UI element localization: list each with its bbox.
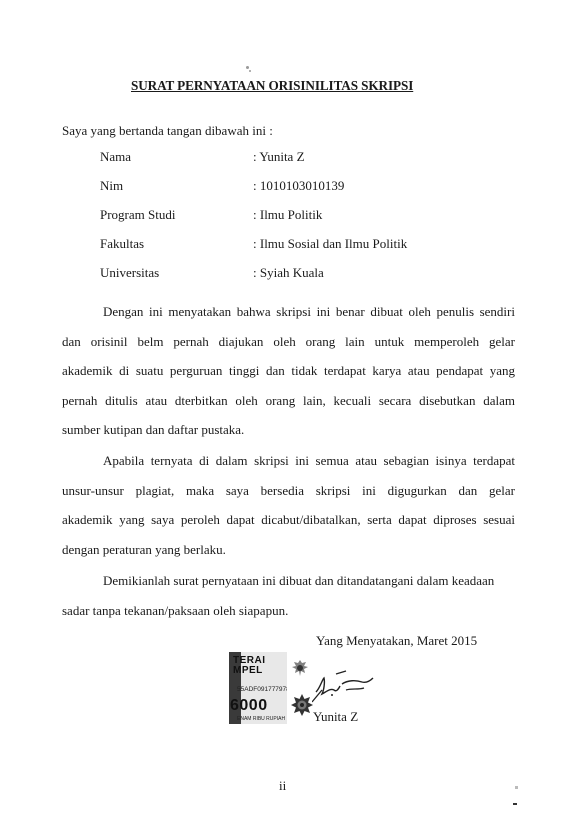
- scan-speck: [515, 786, 518, 789]
- field-value: : Yunita Z: [253, 149, 305, 165]
- field-value: : Ilmu Politik: [253, 207, 322, 223]
- field-value: : Ilmu Sosial dan Ilmu Politik: [253, 236, 407, 252]
- field-label: Universitas: [100, 265, 159, 281]
- field-label: Nama: [100, 149, 131, 165]
- paragraph-line: akademik di suatu perguruan tinggi dan t…: [62, 356, 515, 386]
- paragraph-line: pernah ditulis atau dterbitkan oleh oran…: [62, 386, 515, 416]
- paragraph-line: sadar tanpa tekanan/paksaan oleh siapapu…: [62, 596, 515, 626]
- field-value: : 1010103010139: [253, 178, 344, 194]
- document-page: SURAT PERNYATAAN ORISINILITAS SKRIPSI Sa…: [0, 0, 579, 818]
- paragraph-closing: Demikianlah surat pernyataan ini dibuat …: [62, 566, 515, 625]
- paragraph-line: unsur-unsur plagiat, maka saya bersedia …: [62, 476, 515, 506]
- signature-place-date: Yang Menyatakan, Maret 2015: [316, 633, 477, 649]
- stamp-text-line2: MPEL: [233, 665, 263, 676]
- garuda-emblem-icon: [290, 658, 310, 678]
- stamp-serial: 55ADF091777978: [237, 686, 287, 693]
- field-label: Program Studi: [100, 207, 175, 223]
- stamp-rupiah: ENAM RIBU RUPIAH: [237, 716, 285, 722]
- document-title: SURAT PERNYATAAN ORISINILITAS SKRIPSI: [131, 78, 413, 94]
- field-label: Fakultas: [100, 236, 144, 252]
- scan-speck: [513, 803, 517, 805]
- intro-text: Saya yang bertanda tangan dibawah ini :: [62, 123, 273, 139]
- paragraph-line: sumber kutipan dan daftar pustaka.: [62, 415, 515, 445]
- stamp-amount: 6000: [230, 697, 268, 715]
- paragraph-line: Demikianlah surat pernyataan ini dibuat …: [62, 566, 515, 596]
- scan-speck: [249, 70, 251, 72]
- revenue-stamp: TERAI MPEL 55ADF091777978 6000 ENAM RIBU…: [229, 652, 287, 724]
- official-seal-icon: [291, 694, 313, 716]
- field-label: Nim: [100, 178, 123, 194]
- signatory-name: Yunita Z: [313, 709, 358, 725]
- handwritten-signature: [312, 668, 374, 704]
- paragraph-line: Dengan ini menyatakan bahwa skripsi ini …: [62, 297, 515, 327]
- paragraph-statement: Dengan ini menyatakan bahwa skripsi ini …: [62, 297, 515, 445]
- paragraph-line: dan orisinil belm pernah diajukan oleh o…: [62, 327, 515, 357]
- field-value: : Syiah Kuala: [253, 265, 324, 281]
- paragraph-plagiarism: Apabila ternyata di dalam skripsi ini se…: [62, 446, 515, 564]
- paragraph-line: dengan peraturan yang berlaku.: [62, 535, 515, 565]
- paragraph-line: Apabila ternyata di dalam skripsi ini se…: [62, 446, 515, 476]
- scan-speck: [246, 66, 249, 69]
- page-number: ii: [279, 778, 286, 794]
- paragraph-line: akademik yang saya peroleh dapat dicabut…: [62, 505, 515, 535]
